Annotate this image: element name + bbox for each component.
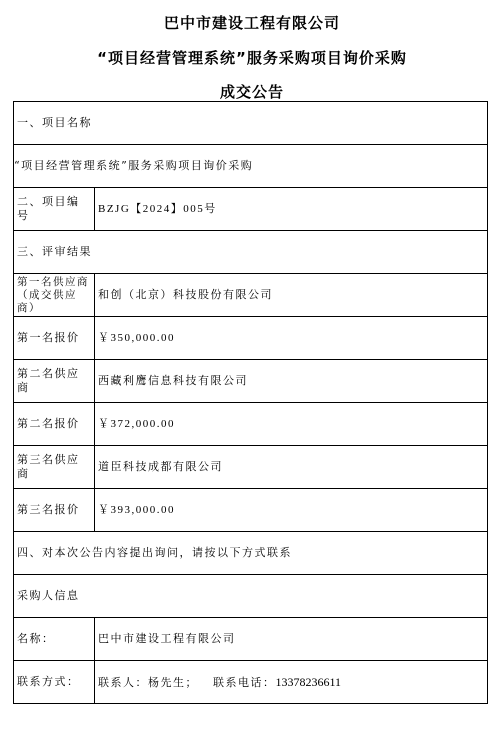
contact-person: 联系人：杨先生； [98, 676, 198, 689]
table-row: 第二名报价 ￥372,000.00 [14, 403, 488, 446]
result-value: ￥350,000.00 [95, 317, 488, 360]
project-name-heading: 一、项目名称 [14, 102, 488, 145]
result-label: 第二名供应商 [14, 360, 95, 403]
result-label: 第一名供应商（成交供应商） [14, 274, 95, 317]
company-title: 巴中市建设工程有限公司 [0, 12, 504, 33]
result-value: ￥393,000.00 [95, 489, 488, 532]
doc-type-title: 成交公告 [0, 81, 504, 102]
review-heading: 三、评审结果 [14, 231, 488, 274]
notice-table: 一、项目名称 “项目经营管理系统”服务采购项目询价采购 二、项目编号 BZJG【… [13, 101, 488, 704]
contact-heading: 四、对本次公告内容提出询问，请按以下方式联系 [14, 532, 488, 575]
table-row: 四、对本次公告内容提出询问，请按以下方式联系 [14, 532, 488, 575]
result-value: 道臣科技成都有限公司 [95, 446, 488, 489]
table-row: 一、项目名称 [14, 102, 488, 145]
table-row: 第三名报价 ￥393,000.00 [14, 489, 488, 532]
result-label: 第三名报价 [14, 489, 95, 532]
project-no-value: BZJG【2024】005号 [95, 188, 488, 231]
table-row: “项目经营管理系统”服务采购项目询价采购 [14, 145, 488, 188]
table-row: 三、评审结果 [14, 231, 488, 274]
project-name-value: “项目经营管理系统”服务采购项目询价采购 [14, 145, 488, 188]
result-label: 第一名报价 [14, 317, 95, 360]
result-label: 第二名报价 [14, 403, 95, 446]
table-row: 采购人信息 [14, 575, 488, 618]
table-row: 联系方式： 联系人：杨先生； 联系电话：13378236611 [14, 661, 488, 704]
result-value: 西藏利鹰信息科技有限公司 [95, 360, 488, 403]
table-row: 二、项目编号 BZJG【2024】005号 [14, 188, 488, 231]
contact-label: 联系方式： [14, 661, 95, 704]
result-label: 第三名供应商 [14, 446, 95, 489]
project-title: “项目经营管理系统”服务采购项目询价采购 [0, 47, 504, 68]
table-row: 第一名报价 ￥350,000.00 [14, 317, 488, 360]
purchaser-heading: 采购人信息 [14, 575, 488, 618]
result-value: 和创（北京）科技股份有限公司 [95, 274, 488, 317]
purchaser-name-label: 名称： [14, 618, 95, 661]
table-row: 第二名供应商 西藏利鹰信息科技有限公司 [14, 360, 488, 403]
contact-phone-label: 联系电话： [213, 676, 276, 689]
table-row: 名称： 巴中市建设工程有限公司 [14, 618, 488, 661]
contact-phone: 13378236611 [276, 675, 342, 689]
contact-value: 联系人：杨先生； 联系电话：13378236611 [95, 661, 488, 704]
project-no-label: 二、项目编号 [14, 188, 95, 231]
table-row: 第一名供应商（成交供应商） 和创（北京）科技股份有限公司 [14, 274, 488, 317]
table-row: 第三名供应商 道臣科技成都有限公司 [14, 446, 488, 489]
purchaser-name-value: 巴中市建设工程有限公司 [95, 618, 488, 661]
result-value: ￥372,000.00 [95, 403, 488, 446]
